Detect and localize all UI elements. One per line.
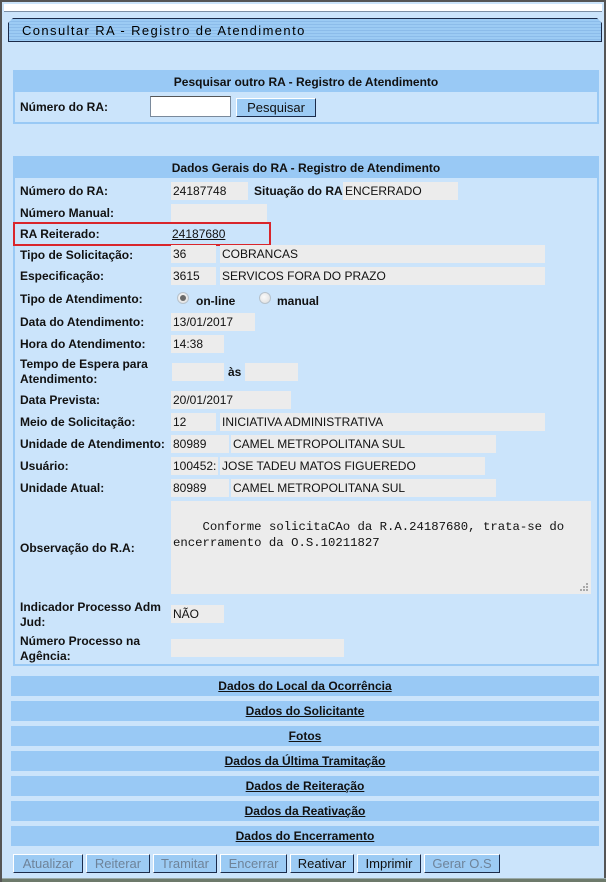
search-panel-header: Pesquisar outro RA - Registro de Atendim…: [15, 72, 597, 92]
numero-processo-label-1: Número Processo na: [20, 634, 140, 648]
search-panel: Pesquisar outro RA - Registro de Atendim…: [13, 70, 599, 124]
numero-manual-label: Número Manual:: [20, 206, 114, 220]
encerrar-button[interactable]: Encerrar: [220, 854, 287, 873]
tempo-espera-label-2: Atendimento:: [20, 372, 97, 386]
ra-reiterado-link-wrap: 24187680: [172, 227, 225, 241]
numero-ra-label: Número do RA:: [20, 184, 108, 198]
ra-reiterado-label: RA Reiterado:: [20, 227, 100, 241]
atualizar-button[interactable]: Atualizar: [13, 854, 83, 873]
numero-ra-search-input[interactable]: [150, 96, 231, 117]
numero-processo-value: [171, 639, 344, 657]
top-strip: [4, 4, 602, 12]
usuario-code: 100452:: [171, 457, 218, 475]
section-reiteracao-link[interactable]: Dados de Reiteração: [246, 779, 365, 793]
tipo-solicitacao-code: 36: [171, 245, 216, 263]
indicador-processo-label-1: Indicador Processo Adm: [20, 600, 161, 614]
window-frame: Consultar RA - Registro de Atendimento P…: [0, 0, 606, 882]
usuario-label: Usuário:: [20, 459, 69, 473]
radio-online[interactable]: [177, 292, 189, 304]
tempo-espera-from: [172, 363, 224, 381]
ra-reiterado-link[interactable]: 24187680: [172, 227, 225, 241]
bottom-strip: [2, 878, 606, 882]
imprimir-button[interactable]: Imprimir: [357, 854, 421, 873]
indicador-processo-label-2: Jud:: [20, 615, 45, 629]
section-reativacao: Dados da Reativação: [11, 801, 599, 821]
especificacao-label: Especificação:: [20, 269, 104, 283]
unidade-atendimento-label: Unidade de Atendimento:: [20, 437, 165, 451]
tipo-atendimento-label: Tipo de Atendimento:: [20, 292, 143, 306]
numero-manual-value: [171, 204, 267, 222]
tramitar-button[interactable]: Tramitar: [153, 854, 217, 873]
tempo-espera-sep: às: [228, 365, 241, 379]
hora-atendimento-label: Hora do Atendimento:: [20, 337, 146, 351]
data-atendimento-label: Data do Atendimento:: [20, 315, 144, 329]
section-fotos-link[interactable]: Fotos: [289, 729, 322, 743]
meio-solicitacao-label: Meio de Solicitação:: [20, 415, 135, 429]
especificacao-desc: SERVICOS FORA DO PRAZO: [220, 267, 545, 285]
section-reiteracao: Dados de Reiteração: [11, 776, 599, 796]
observacao-label: Observação do R.A:: [20, 541, 135, 555]
data-prevista-value: 20/01/2017: [171, 391, 291, 409]
section-solicitante: Dados do Solicitante: [11, 701, 599, 721]
observacao-text: Conforme solicitaCAo da R.A.24187680, tr…: [173, 520, 564, 550]
window-title: Consultar RA - Registro de Atendimento: [22, 23, 306, 38]
search-row: Número do RA: Pesquisar: [15, 92, 597, 122]
section-ultima-tramitacao: Dados da Última Tramitação: [11, 751, 599, 771]
tipo-solicitacao-label: Tipo de Solicitação:: [20, 248, 133, 262]
unidade-atual-label: Unidade Atual:: [20, 481, 104, 495]
numero-processo-label-2: Agência:: [20, 649, 71, 663]
indicador-processo-value: NÃO: [171, 605, 224, 623]
section-solicitante-link[interactable]: Dados do Solicitante: [246, 704, 365, 718]
especificacao-code: 3615: [171, 267, 216, 285]
situacao-label: Situação do RA:: [254, 184, 347, 198]
section-local-ocorrencia: Dados do Local da Ocorrência: [11, 676, 599, 696]
situacao-value: ENCERRADO: [343, 182, 458, 200]
resize-grip-icon[interactable]: [580, 583, 588, 591]
data-atendimento-value: 13/01/2017: [171, 313, 255, 331]
section-local-ocorrencia-link[interactable]: Dados do Local da Ocorrência: [218, 679, 391, 693]
unidade-atual-desc: CAMEL METROPOLITANA SUL: [231, 479, 496, 497]
unidade-atendimento-code: 80989: [171, 435, 229, 453]
tipo-solicitacao-desc: COBRANCAS: [220, 245, 545, 263]
pesquisar-button[interactable]: Pesquisar: [236, 98, 316, 117]
section-reativacao-link[interactable]: Dados da Reativação: [245, 804, 366, 818]
usuario-desc: JOSE TADEU MATOS FIGUEREDO: [220, 457, 485, 475]
observacao-textarea[interactable]: Conforme solicitaCAo da R.A.24187680, tr…: [171, 501, 591, 594]
meio-solicitacao-desc: INICIATIVA ADMINISTRATIVA: [220, 413, 545, 431]
gerar-os-button[interactable]: Gerar O.S: [424, 854, 500, 873]
window-title-bar: Consultar RA - Registro de Atendimento: [8, 18, 602, 42]
section-encerramento-link[interactable]: Dados do Encerramento: [236, 829, 375, 843]
general-panel-header: Dados Gerais do RA - Registro de Atendim…: [15, 158, 597, 178]
radio-manual-label: manual: [277, 294, 319, 308]
tempo-espera-label-1: Tempo de Espera para: [20, 357, 148, 371]
data-prevista-label: Data Prevista:: [20, 393, 100, 407]
section-encerramento: Dados do Encerramento: [11, 826, 599, 846]
section-fotos: Fotos: [11, 726, 599, 746]
meio-solicitacao-code: 12: [171, 413, 216, 431]
tempo-espera-to: [245, 363, 298, 381]
radio-online-label: on-line: [196, 294, 235, 308]
hora-atendimento-value: 14:38: [171, 335, 224, 353]
reiterar-button[interactable]: Reiterar: [86, 854, 150, 873]
radio-manual[interactable]: [259, 292, 271, 304]
section-ultima-tramitacao-link[interactable]: Dados da Última Tramitação: [225, 754, 386, 768]
unidade-atual-code: 80989: [171, 479, 229, 497]
numero-ra-value: 24187748: [171, 182, 248, 200]
reativar-button[interactable]: Reativar: [290, 854, 354, 873]
numero-ra-search-label: Número do RA:: [20, 100, 108, 114]
unidade-atendimento-desc: CAMEL METROPOLITANA SUL: [231, 435, 496, 453]
